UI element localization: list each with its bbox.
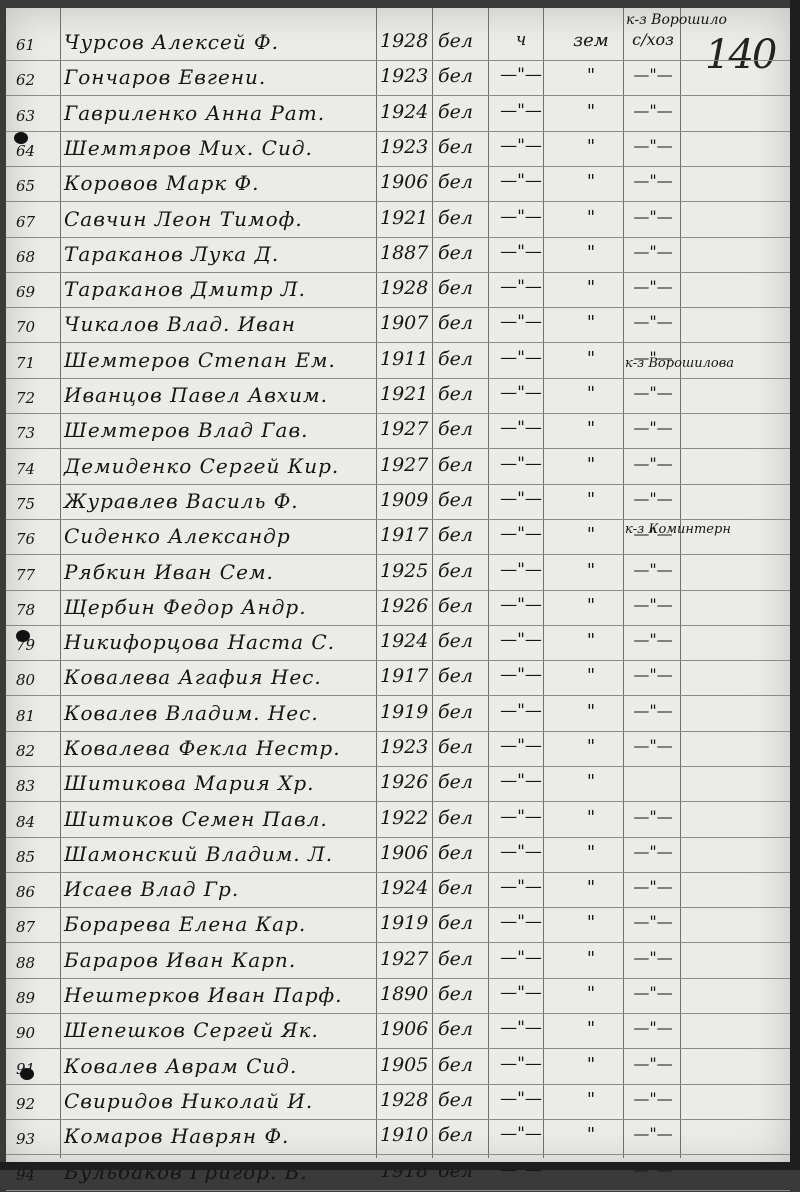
nationality: бел [438,771,488,793]
party-mark: —"— [496,418,546,438]
birth-year: 1923 [380,65,430,87]
birth-year: 1907 [380,312,430,334]
nationality: бел [438,1054,488,1076]
nationality: бел [438,101,488,123]
party-mark: —"— [496,560,546,580]
nationality: бел [438,454,488,476]
person-name: Рябкин Иван Сем. [64,560,374,584]
row-number: 81 [16,707,60,725]
farm: —"— [628,101,678,120]
party-mark: —"— [496,277,546,297]
person-name: Комаров Наврян Ф. [64,1124,374,1148]
person-name: Сиденко Александр [64,524,374,548]
party-mark: —"— [496,736,546,756]
occupation: " [556,348,626,369]
row-number: 89 [16,989,60,1007]
birth-year: 1927 [380,418,430,440]
farm: —"— [628,1124,678,1143]
person-name: Шитикова Мария Хр. [64,771,374,795]
birth-year: 1922 [380,807,430,829]
table-row: 63Гавриленко Анна Рат.1924бел—"—"—"— [6,97,790,133]
occupation: " [556,807,626,828]
farm: —"— [628,912,678,931]
occupation: " [556,312,626,333]
farm: —"— [628,701,678,720]
birth-year: 1906 [380,1018,430,1040]
party-mark: —"— [496,1089,546,1109]
person-name: Щербин Федор Андр. [64,595,374,619]
party-mark: —"— [496,489,546,509]
birth-year: 1928 [380,277,430,299]
row-number: 76 [16,530,60,548]
occupation: " [556,630,626,651]
table-row: 88Бараров Иван Карп.1927бел—"—"—"— [6,944,790,980]
nationality: бел [438,207,488,229]
row-number: 73 [16,424,60,442]
birth-year: 1919 [380,701,430,723]
row-number: 63 [16,107,60,125]
nationality: бел [438,842,488,864]
person-name: Гончаров Евгени. [64,65,374,89]
row-number: 92 [16,1095,60,1113]
person-name: Шемтеров Влад Гав. [64,418,374,442]
table-row: 67Савчин Леон Тимоф.1921бел—"—"—"— [6,203,790,239]
party-mark: —"— [496,983,546,1003]
party-mark: —"— [496,454,546,474]
page-edge [790,0,800,1170]
occupation: " [556,771,626,792]
person-name: Журавлев Василь Ф. [64,489,374,513]
birth-year: 1924 [380,101,430,123]
birth-year: 1924 [380,877,430,899]
birth-year: 1909 [380,489,430,511]
occupation: " [556,171,626,192]
row-number: 62 [16,71,60,89]
row-number: 84 [16,813,60,831]
person-name: Шепешков Сергей Як. [64,1018,374,1042]
ink-blot [16,630,30,642]
party-mark: —"— [496,595,546,615]
birth-year: 1905 [380,1054,430,1076]
table-row: 80Ковалева Агафия Нес.1917бел—"—"—"— [6,661,790,697]
party-mark: —"— [496,630,546,650]
farm: с/хоз [628,30,678,49]
person-name: Ковалев Аврам Сид. [64,1054,374,1078]
nationality: бел [438,807,488,829]
table-row: 62Гончаров Евгени.1923бел—"—"—"— [6,61,790,97]
table-row: 77Рябкин Иван Сем.1925бел—"—"—"— [6,556,790,592]
birth-year: 1919 [380,912,430,934]
party-mark: ч [496,30,546,50]
row-number: 90 [16,1024,60,1042]
farm: —"— [628,489,678,508]
party-mark: —"— [496,348,546,368]
row-number: 82 [16,742,60,760]
ink-blot [14,132,28,144]
occupation: " [556,1054,626,1075]
party-mark: —"— [496,65,546,85]
farm: —"— [628,665,678,684]
ink-blot [20,1068,34,1080]
person-name: Никифорцова Наста С. [64,630,374,654]
farm: —"— [628,630,678,649]
farm: —"— [628,312,678,331]
occupation: " [556,65,626,86]
occupation: " [556,207,626,228]
nationality: бел [438,736,488,758]
occupation: " [556,665,626,686]
occupation: " [556,101,626,122]
nationality: бел [438,1089,488,1111]
annotation-voroshilov: к-з Ворошилова [625,356,734,371]
table-row: 91Ковалев Аврам Сид.1905бел—"—"—"— [6,1050,790,1086]
table-row: 70Чикалов Влад. Иван1907бел—"—"—"— [6,308,790,344]
farm: —"— [628,807,678,826]
row-number: 70 [16,318,60,336]
row-number: 69 [16,283,60,301]
person-name: Борарева Елена Кар. [64,912,374,936]
nationality: бел [438,524,488,546]
nationality: бел [438,877,488,899]
farm: —"— [628,842,678,861]
birth-year: 1921 [380,207,430,229]
table-row: 81Ковалев Владим. Нес.1919бел—"—"—"— [6,697,790,733]
birth-year: 1927 [380,948,430,970]
table-row: 68Тараканов Лука Д.1887бел—"—"—"— [6,238,790,274]
nationality: бел [438,171,488,193]
person-name: Исаев Влад Гр. [64,877,374,901]
birth-year: 1928 [380,1089,430,1111]
birth-year: 1928 [380,30,430,52]
party-mark: —"— [496,171,546,191]
row-number: 77 [16,566,60,584]
table-row: 72Иванцов Павел Авхим.1921бел—"—"—"— [6,379,790,415]
birth-year: 1887 [380,242,430,264]
farm: —"— [628,736,678,755]
birth-year: 1911 [380,348,430,370]
party-mark: —"— [496,842,546,862]
farm: —"— [628,277,678,296]
occupation: " [556,524,626,545]
party-mark: —"— [496,524,546,544]
person-name: Шемтеров Степан Ем. [64,348,374,372]
table-row: 92Свиридов Николай И.1928бел—"—"—"— [6,1085,790,1121]
party-mark: —"— [496,807,546,827]
birth-year: 1910 [380,1124,430,1146]
farm: —"— [628,136,678,155]
row-number: 64 [16,142,60,160]
table-row: 90Шепешков Сергей Як.1906бел—"—"—"— [6,1014,790,1050]
occupation: " [556,595,626,616]
nationality: бел [438,277,488,299]
party-mark: —"— [496,312,546,332]
party-mark: —"— [496,1124,546,1144]
nationality: бел [438,983,488,1005]
occupation: " [556,1018,626,1039]
birth-year: 1890 [380,983,430,1005]
nationality: бел [438,30,488,52]
person-name: Чурсов Алексей Ф. [64,30,374,54]
birth-year: 1923 [380,136,430,158]
occupation: " [556,560,626,581]
person-name: Коровов Марк Ф. [64,171,374,195]
occupation: " [556,912,626,933]
person-name: Шемтяров Мих. Сид. [64,136,374,160]
row-number: 74 [16,460,60,478]
nationality: бел [438,312,488,334]
table-row: 82Ковалева Фекла Нестр.1923бел—"—"—"— [6,732,790,768]
birth-year: 1921 [380,383,430,405]
farm: —"— [628,171,678,190]
person-name: Тараканов Дмитр Л. [64,277,374,301]
party-mark: —"— [496,242,546,262]
party-mark: —"— [496,948,546,968]
farm: —"— [628,1089,678,1108]
row-number: 68 [16,248,60,266]
person-name: Свиридов Николай И. [64,1089,374,1113]
table-row: 61Чурсов Алексей Ф.1928белчземс/хоз [6,26,790,62]
occupation: " [556,983,626,1004]
farm: —"— [628,948,678,967]
row-number: 61 [16,36,60,54]
table-row: 79Никифорцова Наста С.1924бел—"—"—"— [6,626,790,662]
person-name: Савчин Леон Тимоф. [64,207,374,231]
row-number: 88 [16,954,60,972]
row-number: 87 [16,918,60,936]
nationality: бел [438,242,488,264]
annotation-komintern: к-з Коминтерн [625,522,731,537]
farm: —"— [628,595,678,614]
party-mark: —"— [496,383,546,403]
occupation: " [556,418,626,439]
person-name: Шамонский Владим. Л. [64,842,374,866]
person-name: Ковалева Агафия Нес. [64,665,374,689]
occupation: " [556,454,626,475]
row-number: 75 [16,495,60,513]
row-number: 80 [16,671,60,689]
nationality: бел [438,383,488,405]
table-row: 93Комаров Наврян Ф.1910бел—"—"—"— [6,1120,790,1156]
nationality: бел [438,65,488,87]
farm: —"— [628,1018,678,1037]
birth-year: 1906 [380,171,430,193]
party-mark: —"— [496,1054,546,1074]
table-row: 83Шитикова Мария Хр.1926бел—"—" [6,767,790,803]
farm: —"— [628,454,678,473]
nationality: бел [438,418,488,440]
row-number: 86 [16,883,60,901]
person-name: Нештерков Иван Парф. [64,983,374,1007]
farm: —"— [628,242,678,261]
occupation: зем [556,30,626,51]
nationality: бел [438,630,488,652]
table-row: 85Шамонский Владим. Л.1906бел—"—"—"— [6,838,790,874]
table-row: 64Шемтяров Мих. Сид.1923бел—"—"—"— [6,132,790,168]
occupation: " [556,242,626,263]
nationality: бел [438,489,488,511]
table-row: 75Журавлев Василь Ф.1909бел—"—"—"— [6,485,790,521]
row-number: 71 [16,354,60,372]
table-row: 69Тараканов Дмитр Л.1928бел—"—"—"— [6,273,790,309]
nationality: бел [438,595,488,617]
page-edge [0,1162,800,1170]
person-name: Шитиков Семен Павл. [64,807,374,831]
birth-year: 1927 [380,454,430,476]
occupation: " [556,701,626,722]
farm: —"— [628,983,678,1002]
row-number: 85 [16,848,60,866]
party-mark: —"— [496,207,546,227]
farm: —"— [628,1054,678,1073]
occupation: " [556,136,626,157]
person-name: Чикалов Влад. Иван [64,312,374,336]
party-mark: —"— [496,877,546,897]
nationality: бел [438,560,488,582]
row-number: 67 [16,213,60,231]
occupation: " [556,277,626,298]
farm: —"— [628,418,678,437]
nationality: бел [438,948,488,970]
party-mark: —"— [496,912,546,932]
party-mark: —"— [496,771,546,791]
birth-year: 1926 [380,595,430,617]
nationality: бел [438,665,488,687]
nationality: бел [438,1018,488,1040]
person-name: Ковалев Владим. Нес. [64,701,374,725]
occupation: " [556,1124,626,1145]
person-name: Иванцов Павел Авхим. [64,383,374,407]
birth-year: 1926 [380,771,430,793]
table-row: 74Демиденко Сергей Кир.1927бел—"—"—"— [6,450,790,486]
person-name: Тараканов Лука Д. [64,242,374,266]
farm: —"— [628,877,678,896]
table-row: 78Щербин Федор Андр.1926бел—"—"—"— [6,591,790,627]
birth-year: 1924 [380,630,430,652]
occupation: " [556,877,626,898]
party-mark: —"— [496,701,546,721]
occupation: " [556,842,626,863]
occupation: " [556,948,626,969]
table-row: 65Коровов Марк Ф.1906бел—"—"—"— [6,167,790,203]
farm: —"— [628,560,678,579]
table-row: 84Шитиков Семен Павл.1922бел—"—"—"— [6,803,790,839]
birth-year: 1917 [380,665,430,687]
birth-year: 1917 [380,524,430,546]
nationality: бел [438,348,488,370]
birth-year: 1923 [380,736,430,758]
person-name: Гавриленко Анна Рат. [64,101,374,125]
nationality: бел [438,701,488,723]
person-name: Демиденко Сергей Кир. [64,454,374,478]
occupation: " [556,1089,626,1110]
table-row: 87Борарева Елена Кар.1919бел—"—"—"— [6,908,790,944]
nationality: бел [438,136,488,158]
party-mark: —"— [496,665,546,685]
farm: —"— [628,383,678,402]
farm: —"— [628,65,678,84]
nationality: бел [438,1124,488,1146]
row-number: 65 [16,177,60,195]
occupation: " [556,383,626,404]
row-number: 78 [16,601,60,619]
table-row: 89Нештерков Иван Парф.1890бел—"—"—"— [6,979,790,1015]
party-mark: —"— [496,1018,546,1038]
row-number: 72 [16,389,60,407]
row-number: 93 [16,1130,60,1148]
occupation: " [556,736,626,757]
farm: —"— [628,207,678,226]
birth-year: 1906 [380,842,430,864]
person-name: Ковалева Фекла Нестр. [64,736,374,760]
nationality: бел [438,912,488,934]
occupation: " [556,489,626,510]
table-row: 86Исаев Влад Гр.1924бел—"—"—"— [6,873,790,909]
birth-year: 1925 [380,560,430,582]
row-number: 83 [16,777,60,795]
party-mark: —"— [496,136,546,156]
table-row: 73Шемтеров Влад Гав.1927бел—"—"—"— [6,414,790,450]
person-name: Бараров Иван Карп. [64,948,374,972]
party-mark: —"— [496,101,546,121]
